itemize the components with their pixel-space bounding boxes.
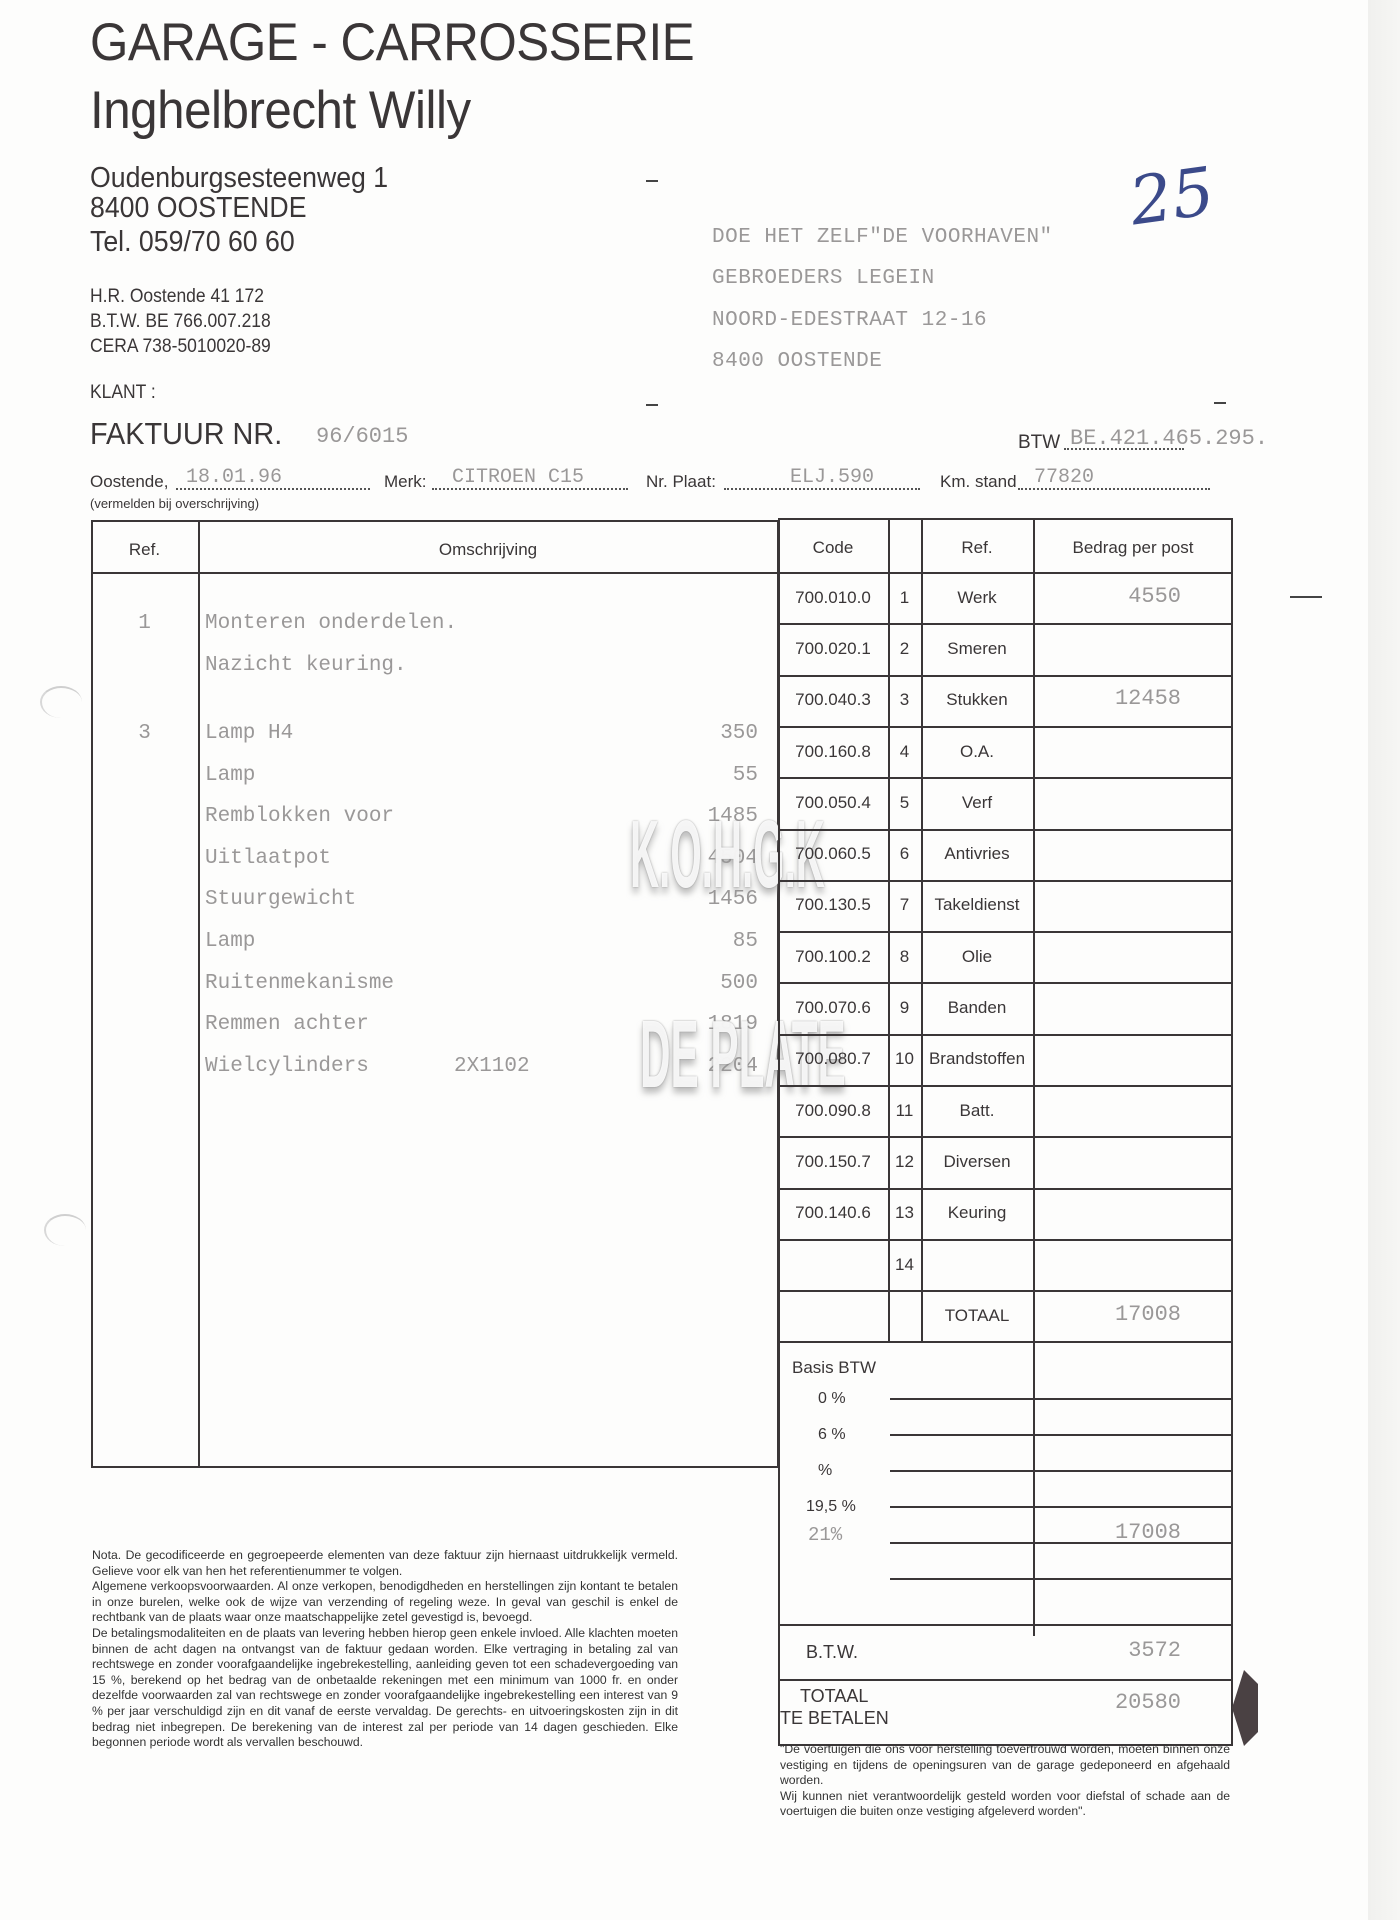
hole-punch-mark [44, 1214, 86, 1246]
window-corner-mark [646, 180, 658, 182]
summary-label: Takeldienst [921, 895, 1033, 915]
items-header-description: Omschrijving [198, 540, 778, 560]
company-hr: H.R. Oostende 41 172 [90, 286, 264, 308]
table-divider [198, 520, 200, 1468]
summary-number: 10 [888, 1049, 921, 1069]
items-header-ref: Ref. [91, 540, 198, 560]
vat-rate-label: 21% [808, 1524, 842, 1546]
customer-line: NOORD-EDESTRAAT 12-16 [712, 309, 987, 332]
window-corner-mark [1214, 402, 1226, 404]
disclaimer-paragraph: Wij kunnen niet verantwoordelijk gesteld… [780, 1789, 1230, 1820]
summary-label: Diversen [921, 1152, 1033, 1172]
summary-number: 1 [888, 588, 921, 608]
terms-paragraph: Algemene verkoopsvoorwaarden. Al onze ve… [92, 1579, 678, 1626]
summary-number: 7 [888, 895, 921, 915]
table-divider [778, 675, 1233, 677]
btw-amount: 3572 [1033, 1638, 1181, 1663]
merk-label: Merk: [384, 472, 427, 492]
customer-line: DOE HET ZELF"DE VOORHAVEN" [712, 226, 1053, 249]
customer-btw-value: BE.421.465.295. [1070, 426, 1268, 451]
summary-label: Stukken [921, 690, 1033, 710]
summary-code: 700.010.0 [778, 588, 888, 608]
item-description: Lamp H4 [205, 722, 293, 745]
total-amount: 17008 [1033, 1302, 1181, 1327]
item-amount: 500 [638, 972, 758, 995]
table-divider [778, 1034, 1233, 1036]
place-label: Oostende, [90, 472, 168, 492]
summary-amount: 4550 [1033, 584, 1181, 609]
summary-code: 700.140.6 [778, 1203, 888, 1223]
summary-number: 5 [888, 793, 921, 813]
summary-label: O.A. [921, 742, 1033, 762]
customer-btw-label: BTW [1018, 432, 1060, 454]
table-divider [778, 880, 1233, 882]
summary-number: 8 [888, 947, 921, 967]
company-owner: Inghelbrecht Willy [90, 80, 471, 141]
disclaimer-text: "De voertuigen die ons voor herstelling … [780, 1742, 1230, 1820]
table-divider [778, 1239, 1233, 1241]
item-amount: 55 [638, 764, 758, 787]
invoice-number: 96/6015 [316, 424, 408, 449]
company-street: Oudenburgsesteenweg 1 [90, 162, 388, 195]
grand-total-amount: 20580 [1033, 1690, 1181, 1715]
table-divider [778, 1624, 1233, 1626]
summary-code: 700.080.7 [778, 1049, 888, 1069]
item-description: Lamp [205, 764, 255, 787]
summary-number: 4 [888, 742, 921, 762]
invoice-title: FAKTUUR NR. [90, 416, 282, 452]
table-divider [778, 623, 1233, 625]
company-city: 8400 OOSTENDE [90, 192, 307, 225]
summary-label: Olie [921, 947, 1033, 967]
summary-code: 700.130.5 [778, 895, 888, 915]
summary-label: Verf [921, 793, 1033, 813]
summary-code: 700.040.3 [778, 690, 888, 710]
vat-line [890, 1470, 1233, 1472]
scan-page-edge [1368, 0, 1400, 1920]
summary-header-code: Code [778, 538, 888, 558]
license-plate: ELJ.590 [790, 466, 874, 489]
km-label: Km. stand [940, 472, 1017, 492]
table-divider [778, 982, 1233, 984]
klant-label: KLANT : [90, 382, 156, 404]
item-description: Nazicht keuring. [205, 654, 407, 677]
item-description: Remmen achter [205, 1013, 369, 1036]
margin-mark [1290, 596, 1322, 598]
item-ref: 3 [91, 722, 198, 745]
summary-number: 13 [888, 1203, 921, 1223]
summary-number: 14 [888, 1255, 921, 1275]
summary-code: 700.060.5 [778, 844, 888, 864]
hole-punch-mark [40, 686, 82, 718]
summary-label: Brandstoffen [921, 1049, 1033, 1069]
vat-line [890, 1578, 1233, 1580]
summary-number: 6 [888, 844, 921, 864]
btw-label: B.T.W. [806, 1642, 858, 1663]
item-description: Stuurgewicht [205, 888, 356, 911]
company-phone: Tel. 059/70 60 60 [90, 226, 295, 259]
table-divider [778, 1290, 1233, 1292]
table-divider [778, 1341, 1233, 1343]
table-divider [778, 777, 1233, 779]
company-btw: B.T.W. BE 766.007.218 [90, 311, 271, 333]
table-divider [91, 572, 779, 574]
vat-rate-label: % [818, 1462, 832, 1480]
table-divider [778, 829, 1233, 831]
vat-rate-label: 0 % [818, 1390, 846, 1408]
item-amount: 85 [638, 930, 758, 953]
summary-code: 700.100.2 [778, 947, 888, 967]
table-divider [778, 931, 1233, 933]
grand-total-label-2: TE BETALEN [780, 1708, 889, 1729]
company-name: GARAGE - CARROSSERIE [90, 12, 694, 73]
item-description: Lamp [205, 930, 255, 953]
table-divider [778, 1136, 1233, 1138]
company-bank: CERA 738-5010020-89 [90, 336, 271, 358]
terms-paragraph: De betalingsmodaliteiten en de plaats va… [92, 1626, 678, 1751]
item-description: Ruitenmekanisme [205, 972, 394, 995]
vat-line [890, 1434, 1233, 1436]
summary-number: 9 [888, 998, 921, 1018]
summary-label: Smeren [921, 639, 1033, 659]
summary-label: Keuring [921, 1203, 1033, 1223]
item-description: Remblokken voor [205, 805, 394, 828]
summary-number: 3 [888, 690, 921, 710]
summary-number: 2 [888, 639, 921, 659]
customer-line: GEBROEDERS LEGEIN [712, 267, 935, 290]
total-label: TOTAAL [921, 1306, 1033, 1326]
date-note: (vermelden bij overschrijving) [90, 496, 259, 511]
table-divider [778, 1679, 1233, 1681]
summary-header-ref: Ref. [921, 538, 1033, 558]
summary-number: 11 [888, 1101, 921, 1121]
plate-label: Nr. Plaat: [646, 472, 716, 492]
window-corner-mark [646, 404, 658, 406]
terms-paragraph: Nota. De gecodificeerde en gegroepeerde … [92, 1548, 678, 1579]
vat-rate-label: 19,5 % [806, 1498, 856, 1516]
table-divider [778, 572, 1233, 574]
item-ref: 1 [91, 612, 198, 635]
summary-amount: 12458 [1033, 686, 1181, 711]
summary-code: 700.090.8 [778, 1101, 888, 1121]
summary-label: Werk [921, 588, 1033, 608]
grand-total-label: TOTAAL [800, 1686, 868, 1707]
summary-label: Batt. [921, 1101, 1033, 1121]
vat-line [890, 1506, 1233, 1508]
summary-number: 12 [888, 1152, 921, 1172]
vehicle-make: CITROEN C15 [452, 466, 584, 489]
disclaimer-paragraph: "De voertuigen die ons voor herstelling … [780, 1742, 1230, 1789]
invoice-date: 18.01.96 [186, 466, 282, 489]
item-description: Wielcylinders [205, 1055, 369, 1078]
item-description: Monteren onderdelen. [205, 612, 457, 635]
item-description: Uitlaatpot [205, 847, 331, 870]
summary-code: 700.050.4 [778, 793, 888, 813]
summary-code: 700.160.8 [778, 742, 888, 762]
item-amount: 350 [638, 722, 758, 745]
summary-code: 700.150.7 [778, 1152, 888, 1172]
summary-label: Banden [921, 998, 1033, 1018]
customer-line: 8400 OOSTENDE [712, 350, 882, 373]
table-divider [778, 726, 1233, 728]
summary-code: 700.020.1 [778, 639, 888, 659]
item-quantity: 2X1102 [454, 1055, 530, 1078]
handwritten-note: 25 [1125, 153, 1219, 241]
odometer: 77820 [1034, 466, 1094, 489]
vat-rate-label: 6 % [818, 1426, 846, 1444]
summary-label: Antivries [921, 844, 1033, 864]
summary-code: 700.070.6 [778, 998, 888, 1018]
vat-line [890, 1398, 1233, 1400]
summary-header-amount: Bedrag per post [1033, 538, 1233, 558]
vat-basis-title: Basis BTW [792, 1358, 876, 1378]
vat-line [890, 1542, 1233, 1544]
arrow-marker-icon [1232, 1670, 1258, 1746]
terms-text: Nota. De gecodificeerde en gegroepeerde … [92, 1548, 678, 1751]
table-divider [778, 1188, 1233, 1190]
table-divider [778, 1085, 1233, 1087]
